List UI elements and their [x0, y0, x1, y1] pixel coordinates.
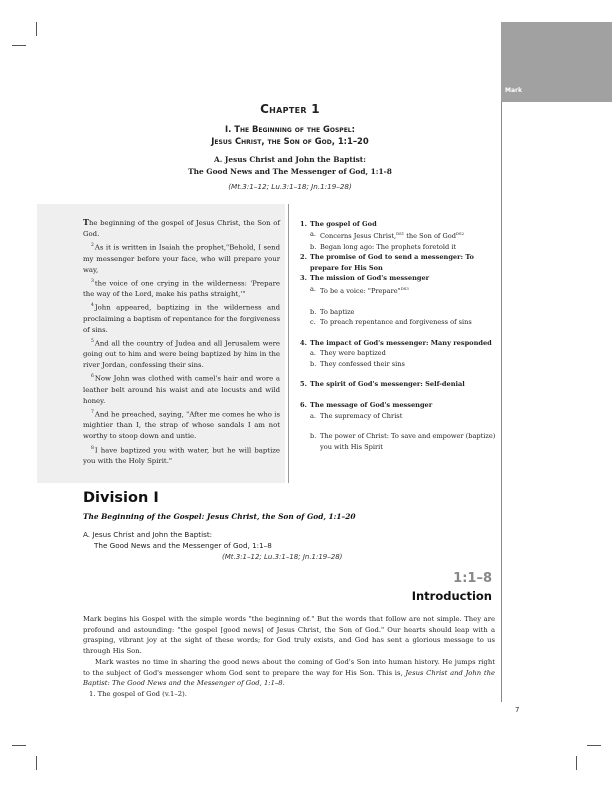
subsection-title-line: The Good News and The Messenger of God, … [80, 166, 500, 178]
outline-subpoint: b.They confessed their sins [300, 359, 498, 369]
crop-mark [576, 756, 577, 770]
verse-number: 3 [91, 279, 94, 284]
spacer [300, 390, 498, 400]
outline-letter: a. [310, 411, 316, 421]
division-section-a-line: A. Jesus Christ and John the Baptist: [83, 530, 272, 541]
outline-subpoint-text: To be a voice: "Prepare" [320, 287, 401, 295]
outline-point: 5.The spirit of God's messenger: Self-de… [300, 379, 498, 389]
crop-mark [36, 22, 37, 36]
chapter-title: Chapter 1 [80, 102, 500, 116]
subsection-title-line: A. Jesus Christ and John the Baptist: [80, 154, 500, 166]
section-title-line: I. The Beginning of the Gospel: [80, 123, 500, 135]
outline-point: 4.The impact of God's messenger: Many re… [300, 338, 498, 348]
outline-number: 1. [300, 219, 307, 229]
outline-subpoint-text: the Son of God [404, 233, 456, 241]
verse-number: 2 [91, 243, 94, 248]
intro-reference: 1:1–8 [453, 571, 492, 586]
outline-subpoint: a.To be a voice: "Prepare"DS3 [300, 284, 498, 297]
commentary-paragraph: Mark begins his Gospel with the simple w… [83, 614, 495, 657]
outline-subpoint-text: They were baptized [320, 349, 386, 357]
scripture-verse: 6Now John was clothed with camel's hair … [83, 371, 280, 407]
commentary-paragraph: Mark wastes no time in sharing the good … [83, 657, 495, 689]
division-title: Division I [83, 490, 159, 506]
outline-point-title: The promise of God to send a messenger: … [310, 253, 474, 271]
outline-point-title: The spirit of God's messenger: Self-deni… [310, 380, 465, 388]
outline-subpoint-text: The power of Christ: To save and empower… [320, 432, 495, 450]
scripture-verse: 7And he preached, saying, "After me come… [83, 407, 280, 443]
page-number: 7 [515, 706, 519, 714]
verse-text: And he preached, saying, "After me comes… [83, 410, 280, 440]
outline-subpoint-text: The supremacy of Christ [320, 412, 402, 420]
verse-text: I have baptized you with water, but he w… [83, 446, 280, 465]
crop-mark [12, 45, 26, 46]
outline-point: 6.The message of God's messenger [300, 400, 498, 410]
outline-letter: b. [310, 359, 316, 369]
outline-letter: a. [310, 229, 316, 239]
study-note-marker: DS3 [401, 286, 409, 291]
outline-subpoint: b.To baptize [300, 307, 498, 317]
outline-subpoint: a.The supremacy of Christ [300, 411, 498, 421]
outline-number: 3. [300, 273, 307, 283]
spacer [300, 369, 498, 379]
outline-point-title: The message of God's messenger [310, 401, 432, 409]
outline-number: 5. [300, 379, 307, 389]
scripture-verse: 8I have baptized you with water, but he … [83, 443, 280, 467]
outline-point: 1.The gospel of God [300, 219, 498, 229]
outline-letter: b. [310, 307, 316, 317]
scripture-verse: 3the voice of one crying in the wilderne… [83, 276, 280, 300]
division-cross-references: (Mt.3:1–12; Lu.3:1–18; Jn.1:19–28) [222, 553, 342, 561]
outline-point-title: The gospel of God [310, 220, 377, 228]
crop-mark [587, 745, 601, 746]
cross-references: (Mt.3:1–12; Lu.3:1–18; Jn.1:19–28) [80, 182, 500, 191]
commentary-body: Mark begins his Gospel with the simple w… [83, 614, 495, 700]
verse-number: 4 [91, 303, 94, 308]
scripture-verse: 5And all the country of Judea and all Je… [83, 336, 280, 372]
spacer [300, 421, 498, 431]
outline-subpoint: a.Concerns Jesus Christ,DS1 the Son of G… [300, 229, 498, 242]
division-section-a: A. Jesus Christ and John the Baptist: Th… [83, 530, 272, 551]
spacer [300, 327, 498, 337]
outline-subpoint-text: Concerns Jesus Christ, [320, 233, 396, 241]
intro-title: Introduction [412, 589, 492, 603]
spacer [300, 296, 498, 306]
book-thumb-tab: Mark [501, 22, 612, 102]
crop-mark [12, 745, 26, 746]
outline-number: 4. [300, 338, 307, 348]
outline-number: 6. [300, 400, 307, 410]
commentary-point: 1. The gospel of God (v.1–2). [83, 689, 495, 700]
study-note-marker: DS2 [456, 231, 464, 236]
division-section-a-line: The Good News and the Messenger of God, … [83, 541, 272, 552]
column-divider [288, 204, 289, 483]
outline-letter: a. [310, 348, 316, 358]
scripture-text: The beginning of the gospel of Jesus Chr… [83, 217, 280, 467]
verse-text: the voice of one crying in the wildernes… [83, 279, 280, 298]
section-title: I. The Beginning of the Gospel: Jesus Ch… [80, 123, 500, 147]
crop-mark [36, 756, 37, 770]
outline-subpoint: c.To preach repentance and forgiveness o… [300, 317, 498, 327]
outline-subpoint-text: To preach repentance and forgiveness of … [320, 318, 472, 326]
verse-number: 7 [91, 410, 94, 415]
scripture-verse: 2As it is written in Isaiah the prophet,… [83, 240, 280, 276]
outline-subpoint-text: They confessed their sins [320, 360, 405, 368]
verse-number: 5 [91, 339, 94, 344]
study-note-marker: DS1 [396, 231, 404, 236]
subsection-title: A. Jesus Christ and John the Baptist: Th… [80, 154, 500, 178]
division-subtitle: The Beginning of the Gospel: Jesus Chris… [83, 512, 356, 521]
outline-subpoint: b.Began long ago: The prophets foretold … [300, 242, 498, 252]
outline-point-title: The impact of God's messenger: Many resp… [310, 339, 492, 347]
verse-text: As it is written in Isaiah the prophet,"… [83, 243, 280, 273]
verse-text: Now John was clothed with camel's hair a… [83, 375, 280, 405]
book-tab-label: Mark [505, 87, 522, 94]
outline-letter: b. [310, 431, 316, 441]
scripture-verse: The beginning of the gospel of Jesus Chr… [83, 217, 280, 240]
outline-point-title: The mission of God's messenger [310, 274, 429, 282]
outline-subpoint-text: To baptize [320, 308, 354, 316]
verse-number: 8 [91, 446, 94, 451]
outline-subpoint: b.The power of Christ: To save and empow… [300, 431, 498, 452]
section-title-line: Jesus Christ, the Son of God, 1:1–20 [80, 135, 500, 147]
outline-list: 1.The gospel of Goda.Concerns Jesus Chri… [300, 219, 498, 452]
outline-letter: c. [310, 317, 316, 327]
outline-letter: b. [310, 242, 316, 252]
outline-subpoint: a.They were baptized [300, 348, 498, 358]
verse-text: he beginning of the gospel of Jesus Chri… [83, 219, 280, 238]
outline-letter: a. [310, 284, 316, 294]
outline-point: 2.The promise of God to send a messenger… [300, 252, 498, 273]
outline-point: 3.The mission of God's messenger [300, 273, 498, 283]
outline-subpoint-text: Began long ago: The prophets foretold it [320, 243, 456, 251]
verse-number: 6 [91, 374, 94, 379]
margin-rule [501, 102, 502, 702]
outline-number: 2. [300, 252, 307, 262]
scripture-verse: 4John appeared, baptizing in the wildern… [83, 300, 280, 336]
verse-text: John appeared, baptizing in the wilderne… [83, 304, 280, 334]
verse-text: And all the country of Judea and all Jer… [83, 339, 280, 369]
